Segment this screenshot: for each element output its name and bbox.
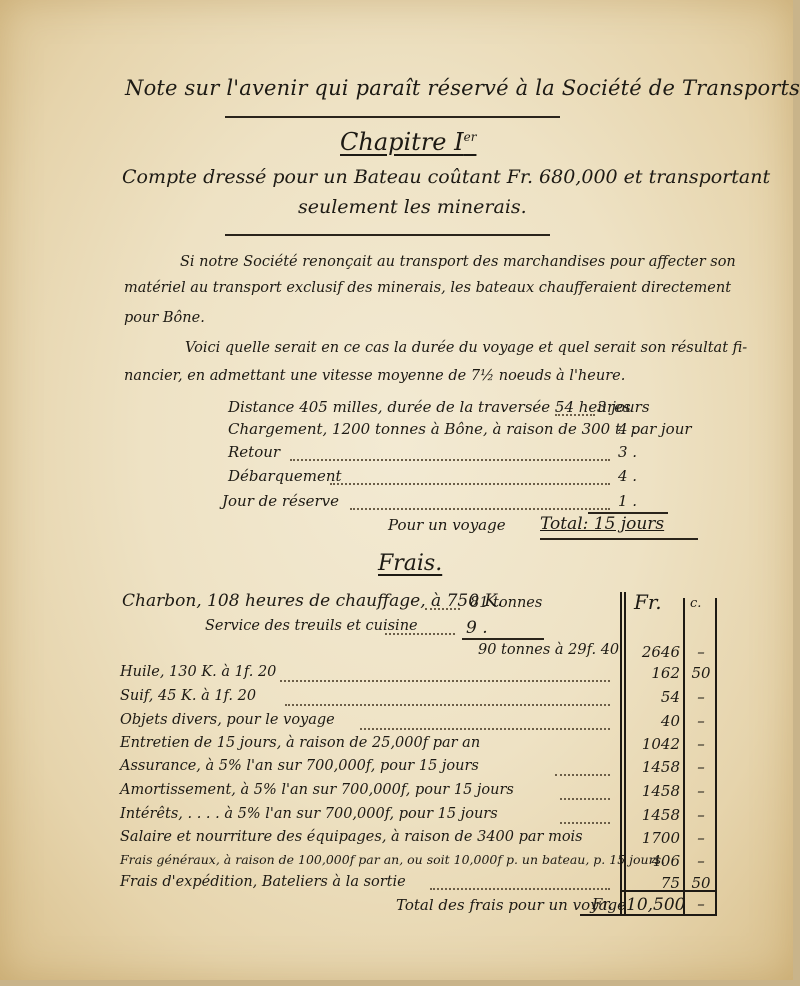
expense-francs: 1458 (628, 782, 680, 800)
expense-label: Entretien de 15 jours, à raison de 25,00… (120, 735, 480, 751)
cents-column-divider (683, 598, 685, 916)
charbon-sum-rule (462, 638, 544, 640)
expense-cents: – (686, 852, 716, 870)
total-currency: Fr. (592, 895, 613, 913)
expense-label: Intérêts, . . . . à 5% l'an sur 700,000f… (120, 806, 498, 822)
table-border-left (620, 592, 622, 916)
leader-dots (290, 459, 610, 461)
expense-francs: 162 (628, 664, 680, 682)
expense-label: Amortissement, à 5% l'an sur 700,000f, p… (120, 782, 514, 798)
chapter-heading: Chapitre Ier (340, 128, 476, 156)
expense-francs: 1458 (628, 806, 680, 824)
expense-label: Huile, 130 K. à 1f. 20 (120, 664, 276, 680)
subtitle-line-1: Compte dressé pour un Bateau coûtant Fr.… (122, 166, 770, 188)
charbon-qty: 81 tonnes (470, 595, 542, 611)
expense-francs: 54 (628, 688, 680, 706)
leader-dots (385, 633, 455, 635)
duration-item-value: 4 . (618, 420, 637, 438)
leader-dots (430, 888, 610, 890)
expense-cents: – (686, 806, 716, 824)
expense-cents: – (686, 735, 716, 753)
paragraph-1-line-3: pour Bône. (124, 310, 205, 326)
subtitle-rule (225, 234, 550, 236)
expense-francs: 1458 (628, 758, 680, 776)
expense-label: Salaire et nourriture des équipages, à r… (120, 829, 583, 845)
charbon-francs: 2646 (628, 643, 680, 661)
charbon-sub-qty: 9 . (466, 618, 488, 638)
cents-header: c. (690, 596, 701, 611)
duration-total: Total: 15 jours (540, 514, 664, 534)
chapter-label: Chapitre I (340, 128, 464, 156)
expense-cents: – (686, 688, 716, 706)
expense-cents: – (686, 782, 716, 800)
leader-dots (555, 414, 595, 416)
expense-label: Frais généraux, à raison de 100,000f par… (120, 852, 665, 867)
duration-item-label: Retour (228, 443, 280, 461)
expense-cents: – (686, 829, 716, 847)
leader-dots (350, 508, 610, 510)
duration-item-value: 1 . (618, 492, 637, 510)
leader-dots (360, 728, 610, 730)
expense-francs: 75 (628, 874, 680, 892)
total-rule (540, 538, 698, 540)
leader-dots (560, 822, 610, 824)
title-rule (225, 116, 560, 118)
expense-francs: 1700 (628, 829, 680, 847)
total-cents: – (686, 895, 716, 913)
subtitle-line-2: seulement les minerais. (298, 196, 527, 218)
leader-dots (560, 798, 610, 800)
duration-item-value: 4 . (618, 467, 637, 485)
duration-total-prefix: Pour un voyage (388, 516, 506, 534)
expense-label: Objets divers, pour le voyage (120, 712, 335, 728)
duration-item-label: Jour de réserve (222, 492, 339, 510)
charbon-calc: 90 tonnes à 29f. 40 (478, 642, 619, 658)
expense-label: Assurance, à 5% l'an sur 700,000f, pour … (120, 758, 479, 774)
total-francs: 10,500 (626, 895, 682, 915)
leader-dots (555, 774, 610, 776)
leader-dots (330, 483, 610, 485)
paragraph-1-line-1: Si notre Société renonçait au transport … (180, 254, 736, 270)
paragraph-2-line-1: Voici quelle serait en ce cas la durée d… (185, 340, 747, 356)
expense-francs: 406 (628, 852, 680, 870)
document-page: Note sur l'avenir qui paraît réservé à l… (0, 0, 793, 980)
duration-item-value: 3 . (618, 443, 637, 461)
expense-francs: 1042 (628, 735, 680, 753)
expense-cents: 50 (686, 874, 716, 892)
expense-label: Frais d'expédition, Bateliers à la sorti… (120, 874, 406, 890)
expense-label: Suif, 45 K. à 1f. 20 (120, 688, 256, 704)
expense-cents: – (686, 712, 716, 730)
charbon-cents: – (686, 643, 716, 661)
paragraph-1-line-2: matériel au transport exclusif des miner… (124, 280, 731, 296)
expense-francs: 40 (628, 712, 680, 730)
leader-dots (280, 680, 610, 682)
charbon-sub-label: Service des treuils et cuisine (205, 618, 418, 634)
document-title: Note sur l'avenir qui paraît réservé à l… (125, 76, 800, 100)
table-border-left-inner (624, 592, 626, 916)
duration-item-label: Débarquement (228, 467, 342, 485)
frais-heading: Frais. (378, 551, 442, 576)
leader-dots (425, 608, 460, 610)
paragraph-2-line-2: nancier, en admettant une vitesse moyenn… (124, 368, 625, 384)
expense-cents: 50 (686, 664, 716, 682)
chapter-suffix: er (464, 130, 477, 144)
expense-cents: – (686, 758, 716, 776)
francs-header: Fr. (634, 590, 662, 614)
duration-item-value: 3 jours (597, 398, 650, 416)
leader-dots (285, 704, 610, 706)
